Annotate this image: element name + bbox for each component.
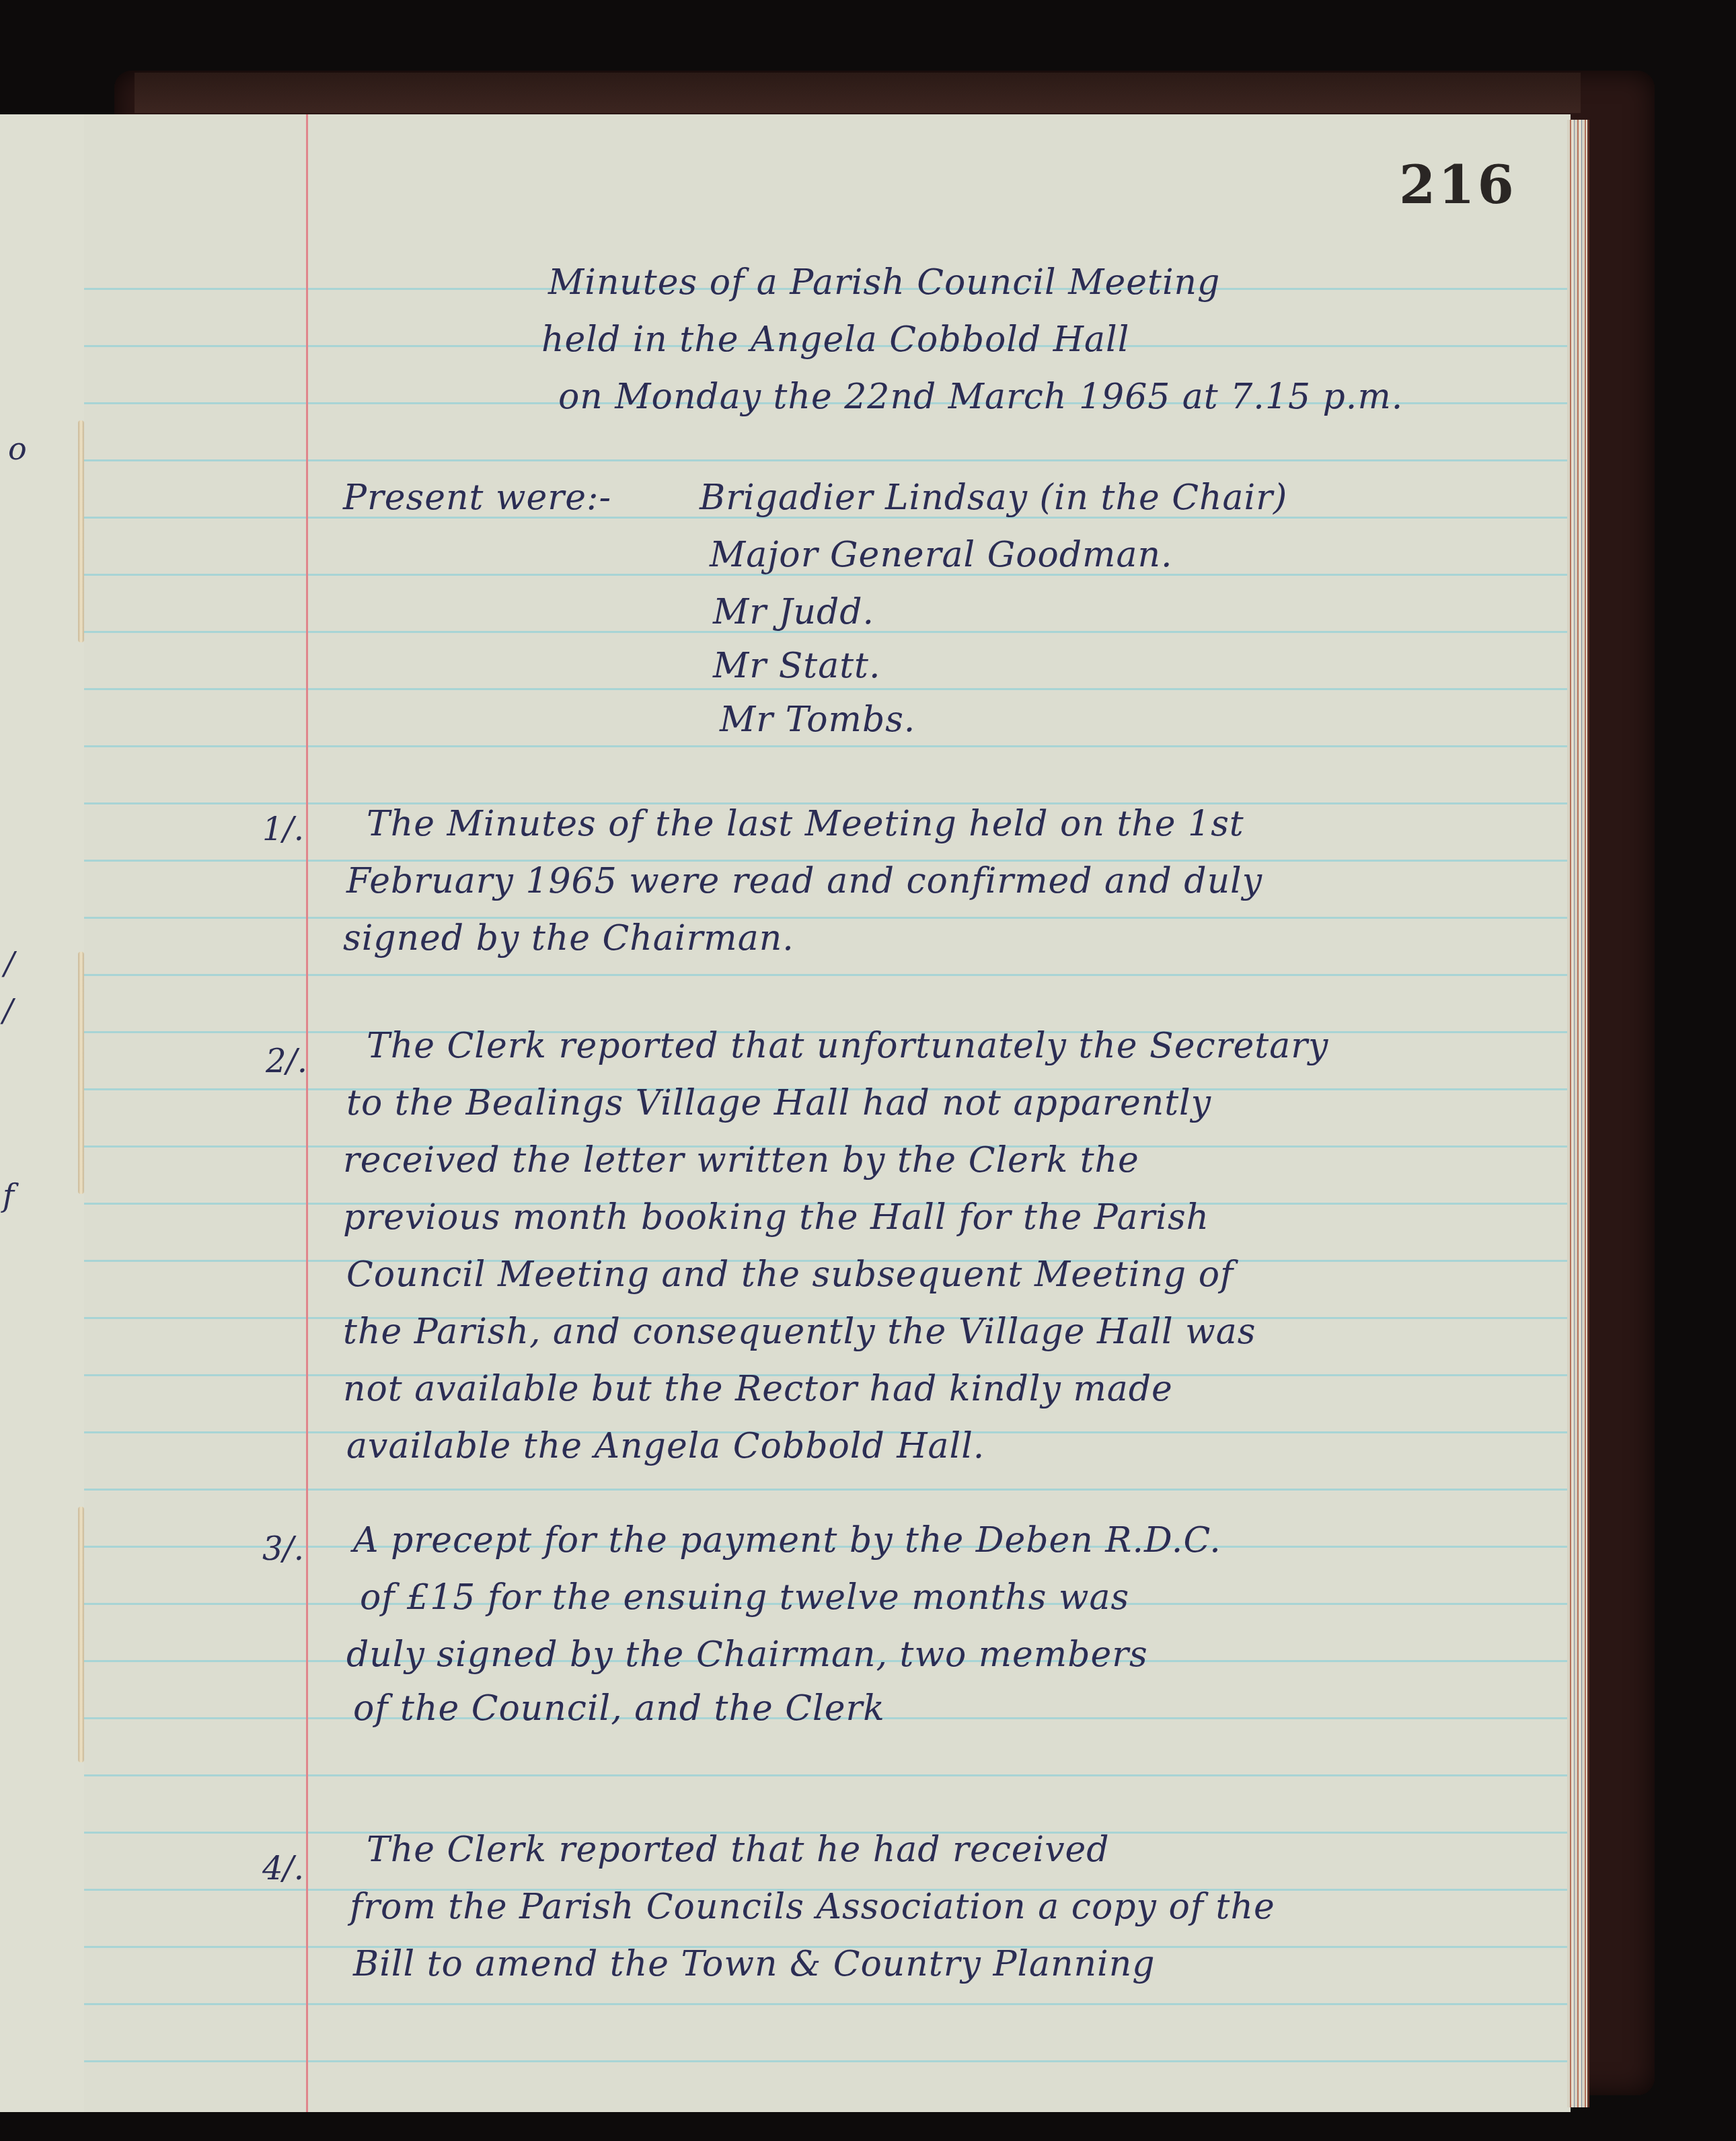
- page-block-edges: [1567, 120, 1589, 2107]
- left-page-fragment: o: [8, 430, 27, 467]
- item-number: 1/.: [262, 811, 304, 848]
- present-label: Present were:-: [343, 478, 611, 518]
- minute-line: A precept for the payment by the Deben R…: [353, 1520, 1221, 1561]
- minute-line: available the Angela Cobbold Hall.: [346, 1426, 985, 1466]
- minute-line: signed by the Chairman.: [343, 918, 794, 959]
- left-page-fragment: f: [3, 1177, 14, 1213]
- minute-line: February 1965 were read and confirmed an…: [346, 861, 1262, 901]
- present-member: Mr Tombs.: [720, 700, 915, 740]
- binding-thread: [78, 1507, 84, 1762]
- margin-line: [306, 114, 308, 2112]
- right-page: 216 Minutes of a Parish Council Meeting …: [84, 114, 1571, 2112]
- present-member: Mr Judd.: [713, 592, 874, 632]
- minute-line: of the Council, and the Clerk: [353, 1688, 885, 1729]
- minute-line: the Parish, and consequently the Village…: [343, 1312, 1256, 1352]
- binding-thread: [78, 420, 84, 642]
- page-number: 216: [1399, 155, 1517, 216]
- present-member: Brigadier Lindsay (in the Chair): [700, 478, 1287, 518]
- minute-line: Bill to amend the Town & Country Plannin…: [353, 1944, 1156, 1984]
- minute-line: previous month booking the Hall for the …: [343, 1197, 1209, 1238]
- present-member: Major General Goodman.: [710, 535, 1172, 575]
- item-number: 4/.: [262, 1850, 304, 1887]
- minute-line: from the Parish Councils Association a c…: [350, 1887, 1275, 1927]
- binding-thread: [78, 952, 84, 1194]
- left-page-edge: o / / f: [0, 114, 85, 2112]
- left-page-fragment: /: [4, 945, 15, 981]
- minute-line: of £15 for the ensuing twelve months was: [360, 1577, 1129, 1618]
- minute-line: to the Bealings Village Hall had not app…: [346, 1083, 1211, 1123]
- book-cover-top-edge: [135, 73, 1581, 113]
- minute-line: Council Meeting and the subsequent Meeti…: [346, 1254, 1234, 1295]
- heading-line: on Monday the 22nd March 1965 at 7.15 p.…: [558, 377, 1403, 417]
- present-member: Mr Statt.: [713, 646, 880, 686]
- item-number: 2/.: [266, 1043, 307, 1080]
- minute-line: received the letter written by the Clerk…: [343, 1140, 1139, 1180]
- minute-line: The Clerk reported that he had received: [367, 1830, 1110, 1870]
- minute-line: The Minutes of the last Meeting held on …: [367, 804, 1244, 844]
- item-number: 3/.: [262, 1530, 304, 1568]
- minute-line: duly signed by the Chairman, two members: [346, 1635, 1148, 1675]
- heading-line: held in the Angela Cobbold Hall: [541, 320, 1129, 360]
- minute-line: not available but the Rector had kindly …: [343, 1369, 1173, 1409]
- heading-line: Minutes of a Parish Council Meeting: [548, 262, 1220, 303]
- minute-line: The Clerk reported that unfortunately th…: [367, 1026, 1328, 1066]
- left-page-fragment: /: [3, 992, 13, 1028]
